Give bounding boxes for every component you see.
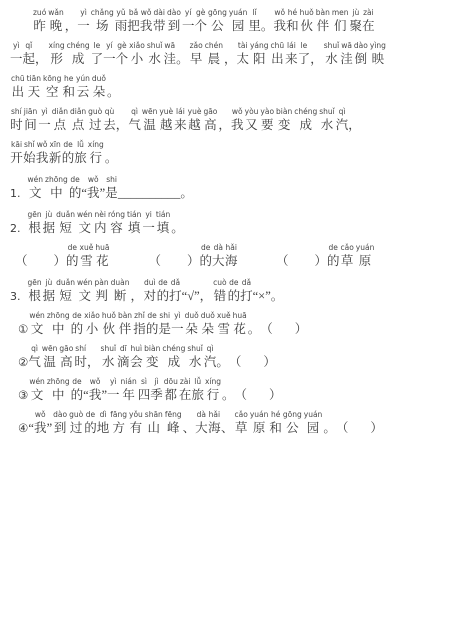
hanzi-with-pinyin: 有yǒu [128,419,144,436]
hanzi: 。 [171,221,184,235]
hanzi: （ [235,388,248,402]
pinyin [18,410,28,421]
text-token: 。 [171,219,184,236]
hanzi: 滴 [117,355,130,369]
hanzi: 错 [212,289,227,303]
pinyin [87,344,100,355]
pinyin: gēn [27,210,43,221]
hanzi-with-pinyin: 的de [157,287,170,304]
text-token: ， [348,116,361,133]
text-token: （ [276,252,289,269]
hanzi-with-pinyin: 我wǒ [231,116,244,133]
pinyin: shuǐ [146,41,164,52]
hanzi-with-pinyin: 大dà [212,252,225,269]
hanzi-with-pinyin: 的de [71,320,84,337]
pinyin: dōu [163,377,179,388]
hanzi: 。 [261,19,274,33]
pinyin: huì [130,344,144,355]
pinyin: wǎn [47,8,64,19]
hanzi-with-pinyin: 太tài [236,50,249,67]
question-3-item-1: ①文wén中zhōng的de小xiǎo伙huǒ伴bàn指zhǐ的de是shi一y… [10,311,452,344]
pinyin [221,410,234,421]
hanzi: 2. [10,222,21,235]
hanzi: 成 [161,355,186,369]
pinyin: yì [107,377,120,388]
hanzi-with-pinyin: 阳yáng [249,50,270,67]
hanzi: 。 [222,388,235,402]
pinyin: biàn [275,107,293,118]
question-1: 1.文wén中zhōng的de“我wǒ”是shi__________。 [10,175,452,208]
hanzi-with-pinyin: 朵duǒ [184,320,200,337]
pinyin: de [62,140,75,151]
hanzi-with-pinyin: 洼wā [340,50,353,67]
hanzi-with-pinyin: 一yí [182,17,195,34]
hanzi-with-pinyin: 伙huǒ [101,320,117,337]
hanzi-with-pinyin: 了le [298,50,311,67]
pinyin [15,243,28,254]
hanzi: 场 [90,19,115,33]
text-token: 。 [180,184,193,201]
hanzi: “√” [182,289,200,303]
hanzi: 过 [68,421,84,435]
pinyin: gè [194,8,207,19]
pinyin [116,107,129,118]
hanzi: 汽 [336,118,349,132]
text-token: 2. [10,219,21,236]
pinyin: yòu [244,107,260,118]
hanzi: 草 [339,254,354,268]
hanzi: 海 [208,421,221,435]
hanzi: 过 [87,118,103,132]
hanzi: 在 [362,19,375,33]
pinyin: dǎ [240,278,253,289]
hanzi-with-pinyin: 出chū [10,83,26,100]
hanzi-with-pinyin: 和hé [269,419,282,436]
hanzi-with-pinyin: 带dài [153,17,166,34]
hanzi: 。 [323,421,336,435]
hanzi: 阳 [249,52,270,66]
hanzi: ， [87,355,100,369]
pinyin [218,107,231,118]
pinyin: guò [68,410,84,421]
text-token: 3. [10,287,21,304]
hanzi-with-pinyin: 始shǐ [23,149,36,166]
text-token: “√” [182,287,200,304]
hanzi: 出 [10,85,26,99]
hanzi: 大 [212,254,225,268]
pinyin: yuán [303,410,324,421]
hanzi-with-pinyin: 洼wā [163,50,176,67]
pinyin: yǒu [128,410,144,421]
hanzi-with-pinyin: 过guò [87,116,103,133]
pinyin: gè [116,41,129,52]
question-3-item-2: ②气qì温wēn高gāo时shí，水shuǐ滴dī会huì变biàn成chéng… [10,344,452,377]
hanzi: 把 [127,19,140,33]
pinyin: wén [28,311,46,322]
hanzi: ） [263,355,276,369]
pinyin: yuán [249,410,270,421]
hanzi: 和 [286,19,299,33]
pinyin: hé [269,410,282,421]
hanzi-with-pinyin: 到dào [52,419,68,436]
pinyin: xíng [48,41,66,52]
hanzi: 始 [23,151,36,165]
hanzi-with-pinyin: 文wén [76,287,94,304]
hanzi-with-pinyin: 雪xuě [79,252,95,269]
hanzi-with-pinyin: 内nèi [94,219,107,236]
hanzi: 。 [176,52,189,66]
pinyin: wǒ [34,410,47,421]
pinyin: shi [105,175,118,186]
hanzi-with-pinyin: 我wǒ [140,17,153,34]
hanzi: 伙 [299,19,315,33]
hanzi-with-pinyin: 形xíng [48,50,66,67]
hanzi: ） [269,388,282,402]
hanzi: （ [148,254,161,268]
pinyin: wā [340,41,353,52]
hanzi-with-pinyin: 点diǎn [69,116,87,133]
hanzi-with-pinyin: 旅lǚ [191,386,204,403]
pinyin: diǎn [51,107,69,118]
hanzi-with-pinyin: 高gāo [202,116,218,133]
pinyin: yuán [228,8,249,19]
hanzi: 填 [126,221,142,235]
pinyin: wǒ [140,8,153,19]
hanzi-with-pinyin: 时shí [10,116,23,133]
hanzi-with-pinyin: 填tián [126,219,142,236]
text-token: __________ [118,184,181,201]
pinyin: chén [204,41,224,52]
hanzi: 中 [46,388,71,402]
pinyin: xuě [79,243,95,254]
hanzi: 一 [10,52,23,66]
hanzi-with-pinyin: 大dà [195,419,208,436]
hanzi-with-pinyin: 高gāo [58,353,74,370]
pinyin: zài [179,377,192,388]
pinyin: fāng [109,410,128,421]
hanzi-with-pinyin: 原yuán [249,419,270,436]
pinyin: dào [52,410,68,421]
hanzi: 据 [43,289,56,303]
pinyin: duǒ [91,74,107,85]
text-token: 。 [105,149,118,166]
hanzi: 带 [153,19,166,33]
pinyin: qì [204,344,217,355]
hanzi-with-pinyin: 中zhōng [44,184,69,201]
pinyin [18,377,28,388]
hanzi-with-pinyin: 伙huǒ [299,17,315,34]
pinyin [260,311,273,322]
text-token: 、 [221,419,234,436]
pinyin [35,41,48,52]
hanzi-with-pinyin: 里lǐ [248,17,261,34]
text-token: 。 [248,320,261,337]
hanzi: 出 [270,52,286,66]
text-token: （ [336,419,349,436]
hanzi-with-pinyin: 云yún [75,83,91,100]
hanzi-with-pinyin: 四sì [138,386,151,403]
pinyin: yǔ [115,8,128,19]
pinyin [200,278,213,289]
pinyin: chǎng [90,8,115,19]
hanzi-with-pinyin: 温wēn [41,353,59,370]
hanzi-with-pinyin: 变biàn [275,116,293,133]
pinyin [54,243,67,254]
spacer [247,398,269,399]
hanzi: 判 [94,289,110,303]
pinyin [263,344,276,355]
pinyin [295,311,308,322]
hanzi-with-pinyin: 海hǎi [208,419,221,436]
hanzi: ， [348,118,361,132]
hanzi: 是 [158,322,171,336]
text-token: ， [310,50,323,67]
text-token: （ [229,353,242,370]
text-token: 。 [107,83,120,100]
hanzi-with-pinyin: 滴dī [117,353,130,370]
text-token: ） [370,419,383,436]
hanzi: 成 [66,52,91,66]
hanzi: ， [35,52,48,66]
pinyin: de [71,377,84,388]
hanzi: 根 [27,221,43,235]
hanzi: 倒 [353,52,369,66]
question-2: 2.根gēn据jù短duǎn文wén内nèi容róng填tián一yi填tián… [10,210,452,243]
hanzi: 小 [128,52,146,66]
hanzi: 高 [202,118,218,132]
pinyin: wā [163,41,176,52]
spacer [28,264,54,265]
pinyin: chéng [66,41,91,52]
hanzi-with-pinyin: 短duǎn [55,219,76,236]
hanzi: 原 [355,254,376,268]
pinyin: bǎ [127,8,140,19]
hanzi-with-pinyin: 错cuò [212,287,227,304]
pinyin: wén [27,175,45,186]
hanzi-with-pinyin: 到dào [166,17,182,34]
passage: 昨zuó晚wǎn，一yì场chǎng雨yǔ把bǎ我wǒ带dài到dào一yí个g… [10,8,452,173]
hanzi-with-pinyin: 水shuǐ [100,353,117,370]
hanzi: 去 [103,118,116,132]
hanzi-with-pinyin: 一yì [107,386,120,403]
text-token: ） [54,252,67,269]
hanzi: 气 [128,118,141,132]
hanzi: 伙 [101,322,117,336]
pinyin: huā [232,311,248,322]
hanzi: 成 [293,118,318,132]
hanzi: 朵 [91,85,107,99]
hanzi-with-pinyin: 都dōu [163,386,179,403]
hanzi: “×” [253,289,271,303]
hanzi: 温 [41,355,59,369]
text-token: ， [65,17,78,34]
hanzi: 文 [76,221,94,235]
hanzi-with-pinyin: 会huì [130,353,144,370]
hanzi-with-pinyin: 点diǎn [51,116,69,133]
hanzi: 。 [105,151,118,165]
hanzi-with-pinyin: 来lái [174,116,187,133]
pinyin: wén [76,278,94,289]
hanzi: 时 [74,355,87,369]
hanzi: ④ [18,421,28,435]
hanzi: 开 [10,151,23,165]
hanzi-with-pinyin: 天tiān [26,83,42,100]
hanzi: （ [229,355,242,369]
text-token: ① [18,320,28,337]
hanzi: ） [54,254,67,268]
text-token: ， [116,116,129,133]
hanzi-with-pinyin: 是shi [105,184,118,201]
hanzi: 伴 [315,19,331,33]
text-token: ） [187,252,200,269]
hanzi: 文 [76,289,94,303]
hanzi-with-pinyin: 水shuǐ [186,353,203,370]
hanzi: 、 [183,421,196,435]
pinyin: jù [350,8,363,19]
pinyin [271,278,284,289]
hanzi: 的 [62,151,75,165]
text-token: ） [314,252,327,269]
hanzi-with-pinyin: 空kōng [42,83,62,100]
spacer [348,431,370,432]
pinyin [229,344,242,355]
pinyin: róng [107,210,126,221]
pinyin: dà [212,243,225,254]
pinyin [171,210,184,221]
text-token: 。 [323,419,336,436]
pinyin: de [157,278,170,289]
hanzi-with-pinyin: 一yi [142,219,155,236]
hanzi-with-pinyin: 花huā [232,320,248,337]
hanzi-with-pinyin: 聚jù [350,17,363,34]
text-token: 。 [216,353,229,370]
spacer [238,264,276,265]
hanzi-with-pinyin: 我wǒ [34,419,47,436]
pinyin: dà [195,410,208,421]
hanzi: 一 [38,118,51,132]
hanzi: 的 [157,289,170,303]
hanzi-with-pinyin: 时shí [74,353,87,370]
hanzi: ） [314,254,327,268]
hanzi: 高 [58,355,74,369]
hanzi-with-pinyin: 成chéng [293,116,318,133]
hanzi: 打 [240,289,253,303]
hanzi-with-pinyin: 判pàn [94,287,110,304]
hanzi: 原 [249,421,270,435]
pinyin: shí [10,107,23,118]
pinyin: yáng [249,41,270,52]
hanzi: 文 [28,388,46,402]
hanzi-with-pinyin: 汽qì [204,353,217,370]
pinyin: wǒ [231,107,244,118]
pinyin [83,377,89,388]
hanzi-with-pinyin: 起qǐ [23,50,36,67]
hanzi-with-pinyin: 打dǎ [240,287,253,304]
hanzi: 洼 [163,52,176,66]
spacer [273,332,295,333]
hanzi: 空 [42,85,62,99]
pinyin: kāi [10,140,23,151]
hanzi: 我 [231,118,244,132]
passage-line-4: 时shí间jiān一yì点diǎn点diǎn过guò去qù，气qì温wēn越yu… [10,107,452,140]
hanzi-with-pinyin: 水shuǐ [323,50,340,67]
pinyin: chéng [161,344,186,355]
hanzi-with-pinyin: 行xíng [87,149,105,166]
hanzi-with-pinyin: 一yí [103,50,116,67]
hanzi-with-pinyin: 是shi [158,320,171,337]
hanzi: 我 [34,421,47,435]
text-token: 。 [222,386,235,403]
hanzi: ， [310,52,323,66]
hanzi-with-pinyin: 年nián [120,386,138,403]
hanzi: 昨 [32,19,47,33]
hanzi-with-pinyin: 原yuán [355,252,376,269]
text-token: 。 [271,287,284,304]
hanzi: 、 [221,421,234,435]
pinyin [269,377,282,388]
hanzi-with-pinyin: 又yòu [244,116,260,133]
text-token: ， [131,287,144,304]
hanzi-with-pinyin: 据jù [43,219,56,236]
hanzi-with-pinyin: 一yì [10,50,23,67]
hanzi: 聚 [350,19,363,33]
hanzi-with-pinyin: 温wēn [141,116,159,133]
hanzi-with-pinyin: 文wén [28,320,46,337]
pinyin: duǎn [55,210,76,221]
pinyin: guò [87,107,103,118]
text-token: ， [35,50,48,67]
pinyin: tián [126,210,142,221]
pinyin [107,74,120,85]
pinyin: cǎo [339,243,354,254]
pinyin [261,8,274,19]
pinyin: fēng [164,410,183,421]
hanzi-with-pinyin: 我wǒ [89,386,102,403]
pinyin: xíng [87,140,105,151]
hanzi-with-pinyin: 越yuè [187,116,203,133]
text-token: （ [148,252,161,269]
hanzi-with-pinyin: 的de [146,320,159,337]
pinyin [180,175,193,186]
hanzi-with-pinyin: 旅lǚ [74,149,87,166]
pinyin [253,278,271,289]
pinyin: cǎo [234,410,249,421]
hanzi: 了 [91,52,104,66]
hanzi: 小 [83,322,101,336]
pinyin: yào [259,107,275,118]
pinyin: de [146,311,159,322]
hanzi: 断 [110,289,131,303]
hanzi-with-pinyin: 的de [62,149,75,166]
pinyin [176,41,189,52]
pinyin: yi [142,210,155,221]
pinyin: jù [43,278,56,289]
pinyin: chū [10,74,26,85]
hanzi: 季 [150,388,163,402]
hanzi-with-pinyin: 花huā [94,252,110,269]
question-3-item-4: ④“我wǒ”到dào过guò的de地dì方fāng有yǒu山shān峰fēng、… [10,410,452,443]
hanzi: （ [276,254,289,268]
hanzi: 的 [228,289,241,303]
hanzi: 温 [141,118,159,132]
hanzi-with-pinyin: 晚wǎn [47,17,64,34]
text-token: ， [200,287,213,304]
pinyin [65,8,78,19]
hanzi-with-pinyin: 在zài [362,17,375,34]
pinyin: jì [150,377,163,388]
pinyin: dǎ [169,278,182,289]
text-token: ， [87,353,100,370]
